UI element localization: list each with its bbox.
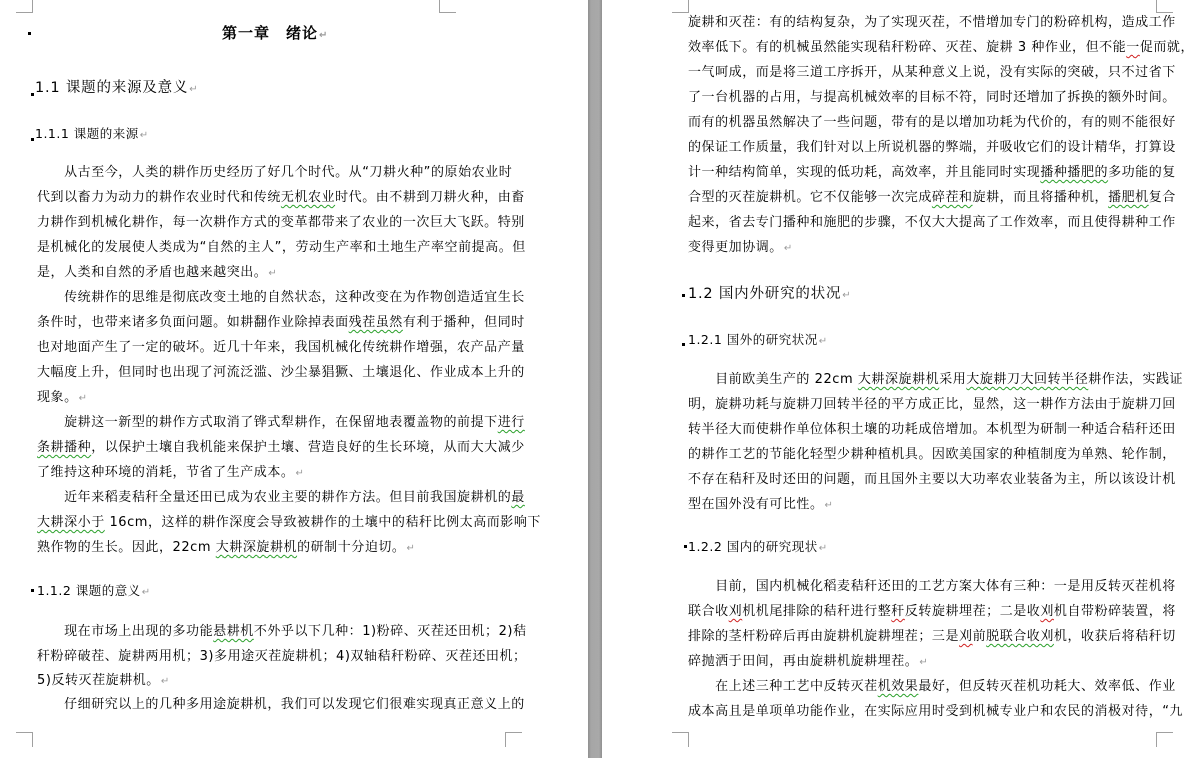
text-line: 了一台机器的占用，与提高机械效率的目标不符，同时还增加了拆换的额外时间。 xyxy=(688,90,1176,106)
margin-corner-mark xyxy=(439,0,456,13)
grammar-flagged-text[interactable]: 无机农业 xyxy=(281,190,335,205)
margin-corner-mark xyxy=(672,0,689,13)
text-line: 变得更加协调。↵ xyxy=(688,240,792,257)
margin-corner-mark xyxy=(505,732,522,747)
grammar-flagged-text[interactable]: 机效果 xyxy=(878,679,919,694)
margin-corner-mark xyxy=(1156,0,1173,13)
paragraph-bullet-icon xyxy=(682,294,685,297)
paragraph-bullet-icon xyxy=(31,589,34,592)
text-line: 现象。↵ xyxy=(37,390,87,407)
paragraph-mark-icon: ↵ xyxy=(819,543,827,554)
text-line: 目前，国内机械化稻麦秸秆还田的工艺方案大体有三种：一是用反转灭茬机将 xyxy=(688,579,1176,595)
text-line: 现在市场上出现的多功能悬耕机不外乎以下几种：1)粉碎、灭茬还田机；2)秸 xyxy=(37,624,527,640)
paragraph-mark-icon: ↵ xyxy=(140,130,148,141)
paragraph-mark-icon: ↵ xyxy=(142,587,150,598)
text-line: 联合收刈机机尾排除的秸秆进行整秆反转旋耕埋茬；二是收刈机自带粉碎装置，将 xyxy=(688,604,1176,620)
text-line: 旋耕和灭茬：有的结构复杂，为了实现灭茬，不惜增加专门的粉碎机构，造成工作 xyxy=(688,15,1176,31)
grammar-flagged-text[interactable]: 碎茬和 xyxy=(932,190,973,205)
spelling-flagged-text[interactable]: 秆 xyxy=(891,604,905,619)
text-line: 熟作物的生长。因此，22cm 大耕深旋耕机的研制十分迫切。↵ xyxy=(37,540,415,557)
section-heading-1-1-1[interactable]: 1.1.1 课题的来源↵ xyxy=(35,126,148,144)
text-line: 是，人类和自然的矛盾也越来越突出。↵ xyxy=(37,265,277,282)
spelling-flagged-text[interactable]: 刈 xyxy=(1040,604,1054,619)
text-line: 计一种结构简单，实现的低功耗，高效率，并且能同时实现播种播肥的多功能的复 xyxy=(688,165,1176,181)
section-heading-1-2[interactable]: 1.2 国内外研究的状况↵ xyxy=(688,286,851,304)
text-line: 型在国外没有可比性。↵ xyxy=(688,497,833,514)
text-line: 大耕深小于 16cm，这样的耕作深度会导致被耕作的土壤中的秸秆比例太高而影响下 xyxy=(37,515,541,531)
text-line: 条件时，也带来诸多负面问题。如耕翻作业除掉表面残茬虽然有利于播种，但同时 xyxy=(37,315,525,331)
grammar-flagged-text[interactable]: 播种播肥的 xyxy=(1040,165,1108,180)
section-heading-1-2-1[interactable]: 1.2.1 国外的研究状况↵ xyxy=(688,332,827,350)
spelling-flagged-text[interactable]: 一 xyxy=(1126,40,1140,55)
text-line: 目前欧美生产的 22cm 大耕深旋耕机采用大旋耕刀大回转半径耕作法，实践证 xyxy=(688,372,1183,388)
grammar-flagged-text[interactable]: 大旋耕刀大回转半径 xyxy=(966,372,1088,387)
paragraph-mark-icon: ↵ xyxy=(268,268,276,279)
text-line: 仔细研究以上的几种多用途旋耕机，我们可以发现它们很难实现真正意义上的 xyxy=(37,697,525,713)
grammar-flagged-text[interactable]: 悬耕机 xyxy=(213,624,254,639)
spelling-flagged-text[interactable]: 刈 xyxy=(959,629,973,644)
paragraph-mark-icon: ↵ xyxy=(406,543,414,554)
grammar-flagged-text[interactable]: 大耕深小于 xyxy=(37,515,105,530)
grammar-flagged-text[interactable]: 播肥机 xyxy=(1108,190,1149,205)
text-line: 不存在秸秆及时还田的问题，而且国外主要以大功率农业装备为主，所以该设计机 xyxy=(688,472,1176,488)
document-page-left: 第一章 绪论↵ 1.1 课题的来源及意义↵ 1.1.1 课题的来源↵ 从古至今，… xyxy=(0,0,588,758)
margin-corner-mark xyxy=(672,732,689,747)
text-line: 传统耕作的思维是彻底改变土地的自然状态，这种改变在为作物创造适宜生长 xyxy=(37,290,525,306)
text-line: 转半径大而使耕作单位体积土壤的功耗成倍增加。本机型为研制一种适合秸秆还田 xyxy=(688,422,1176,438)
text-line: 秆粉碎破茬、旋耕两用机；3)多用途灭茬旋耕机；4)双轴秸秆粉碎、灭茬还田机； xyxy=(37,649,527,665)
text-line: 的耕作工艺的节能化轻型少耕种植机具。因欧美国家的种植制度为单熟、轮作制， xyxy=(688,447,1176,463)
text-line: 从古至今，人类的耕作历史经历了好几个时代。从“刀耕火种”的原始农业时 xyxy=(37,165,512,181)
page-gap-separator xyxy=(588,0,602,758)
document-page-right: 旋耕和灭茬：有的结构复杂，为了实现灭茬，不惜增加专门的粉碎机构，造成工作 效率低… xyxy=(602,0,1203,758)
paragraph-mark-icon: ↵ xyxy=(784,243,792,254)
margin-corner-mark xyxy=(16,0,33,13)
paragraph-mark-icon: ↵ xyxy=(825,500,833,511)
text-line: 是机械化的发展使人类成为“自然的主人”，劳动生产率和土地生产率空前提高。但 xyxy=(37,240,526,256)
margin-corner-mark xyxy=(1156,732,1173,747)
paragraph-mark-icon: ↵ xyxy=(842,290,850,301)
paragraph-bullet-icon xyxy=(28,32,31,35)
text-line: 条耕播种，以保护土壤自我机能来保护土壤、营造良好的生长环境，从而大大减少 xyxy=(37,440,525,456)
paragraph-mark-icon: ↵ xyxy=(161,676,169,687)
paragraph-bullet-icon xyxy=(684,545,687,548)
text-line: 碎抛洒于田间，再由旋耕机旋耕埋茬。↵ xyxy=(688,654,928,671)
text-line: 而有的机器虽然解决了一些问题，带有的是以增加功耗为代价的，有的则不能很好 xyxy=(688,115,1176,131)
text-line: 起来，省去专门播种和施肥的步骤，不仅大大提高了工作效率，而且使得耕种工作 xyxy=(688,215,1176,231)
paragraph-mark-icon: ↵ xyxy=(295,468,303,479)
text-line: 旋耕这一新型的耕作方式取消了铧式犁耕作，在保留地表覆盖物的前提下进行 xyxy=(37,415,525,431)
text-line: 合型的灭茬旋耕机。它不仅能够一次完成碎茬和旋耕，而且将播种机，播肥机复合 xyxy=(688,190,1176,206)
grammar-flagged-text[interactable]: 大耕深旋耕机 xyxy=(858,372,939,387)
text-line: 的保证工作质量，我们针对以上所说机器的弊端，并吸收它们的设计精华，打算设 xyxy=(688,140,1176,156)
text-line: 5)反转灭茬旋耕机。↵ xyxy=(37,673,169,690)
section-heading-1-1[interactable]: 1.1 课题的来源及意义↵ xyxy=(35,80,198,98)
section-heading-1-2-2[interactable]: 1.2.2 国内的研究现状↵ xyxy=(688,539,827,557)
text-line: 效率低下。有的机械虽然能实现秸秆粉碎、灭茬、旋耕 3 种作业，但不能一促而就， xyxy=(688,40,1194,56)
chapter-title[interactable]: 第一章 绪论↵ xyxy=(222,25,327,44)
paragraph-bullet-icon xyxy=(31,93,34,96)
paragraph-bullet-icon xyxy=(31,138,34,141)
text-line: 排除的茎杆粉碎后再由旋耕机旋耕埋茬；三是刈前脱联合收刈机，收获后将秸秆切 xyxy=(688,629,1176,645)
text-line: 力耕作到机械化耕作，每一次耕作方式的变革都带来了农业的一次巨大飞跃。特别 xyxy=(37,215,525,231)
paragraph-mark-icon: ↵ xyxy=(319,30,327,41)
paragraph-mark-icon: ↵ xyxy=(919,657,927,668)
section-heading-1-1-2[interactable]: 1.1.2 课题的意义↵ xyxy=(37,583,150,601)
text-line: 在上述三种工艺中反转灭茬机效果最好，但反转灭茬机功耗大、效率低、作业 xyxy=(688,679,1176,695)
grammar-flagged-text[interactable]: 残茬虽然 xyxy=(349,315,403,330)
grammar-flagged-text[interactable]: 进行 xyxy=(498,415,525,430)
text-line: 一气呵成，而是将三道工序拆开，从某种意义上说，没有实际的突破，只不过省下 xyxy=(688,65,1176,81)
paragraph-mark-icon: ↵ xyxy=(189,84,197,95)
text-line: 成本高且是单项单功能作业，在实际应用时受到机械专业户和农民的消极对待，“九 xyxy=(688,704,1183,720)
margin-corner-mark xyxy=(16,732,33,747)
paragraph-mark-icon: ↵ xyxy=(819,336,827,347)
text-line: 大幅度上升，但同时也出现了河流泛滥、沙尘暴猖獗、土壤退化、作业成本上升的 xyxy=(37,365,525,381)
grammar-flagged-text[interactable]: 大耕深旋耕机 xyxy=(216,540,297,555)
grammar-flagged-text[interactable]: 脱联合收刈 xyxy=(986,629,1054,644)
paragraph-mark-icon: ↵ xyxy=(79,393,87,404)
grammar-flagged-text[interactable]: 条耕播种 xyxy=(37,440,91,455)
text-line: 近年来稻麦秸秆全量还田已成为农业主要的耕作方法。但目前我国旋耕机的最 xyxy=(37,490,525,506)
paragraph-bullet-icon xyxy=(682,343,685,346)
spelling-flagged-text[interactable]: 刈 xyxy=(729,604,743,619)
grammar-flagged-text[interactable]: 最 xyxy=(511,490,525,505)
text-line: 了维持这种环境的消耗，节省了生产成本。↵ xyxy=(37,465,304,482)
text-line: 明，旋耕功耗与旋耕刀回转半径的平方成正比，显然，这一耕作方法由于旋耕刀回 xyxy=(688,397,1176,413)
text-line: 也对地面产生了一定的破坏。近几十年来，我国机械化传统耕作增强，农产品产量 xyxy=(37,340,525,356)
text-line: 代到以畜力为动力的耕作农业时代和传统无机农业时代。由不耕到刀耕火种，由畜 xyxy=(37,190,525,206)
